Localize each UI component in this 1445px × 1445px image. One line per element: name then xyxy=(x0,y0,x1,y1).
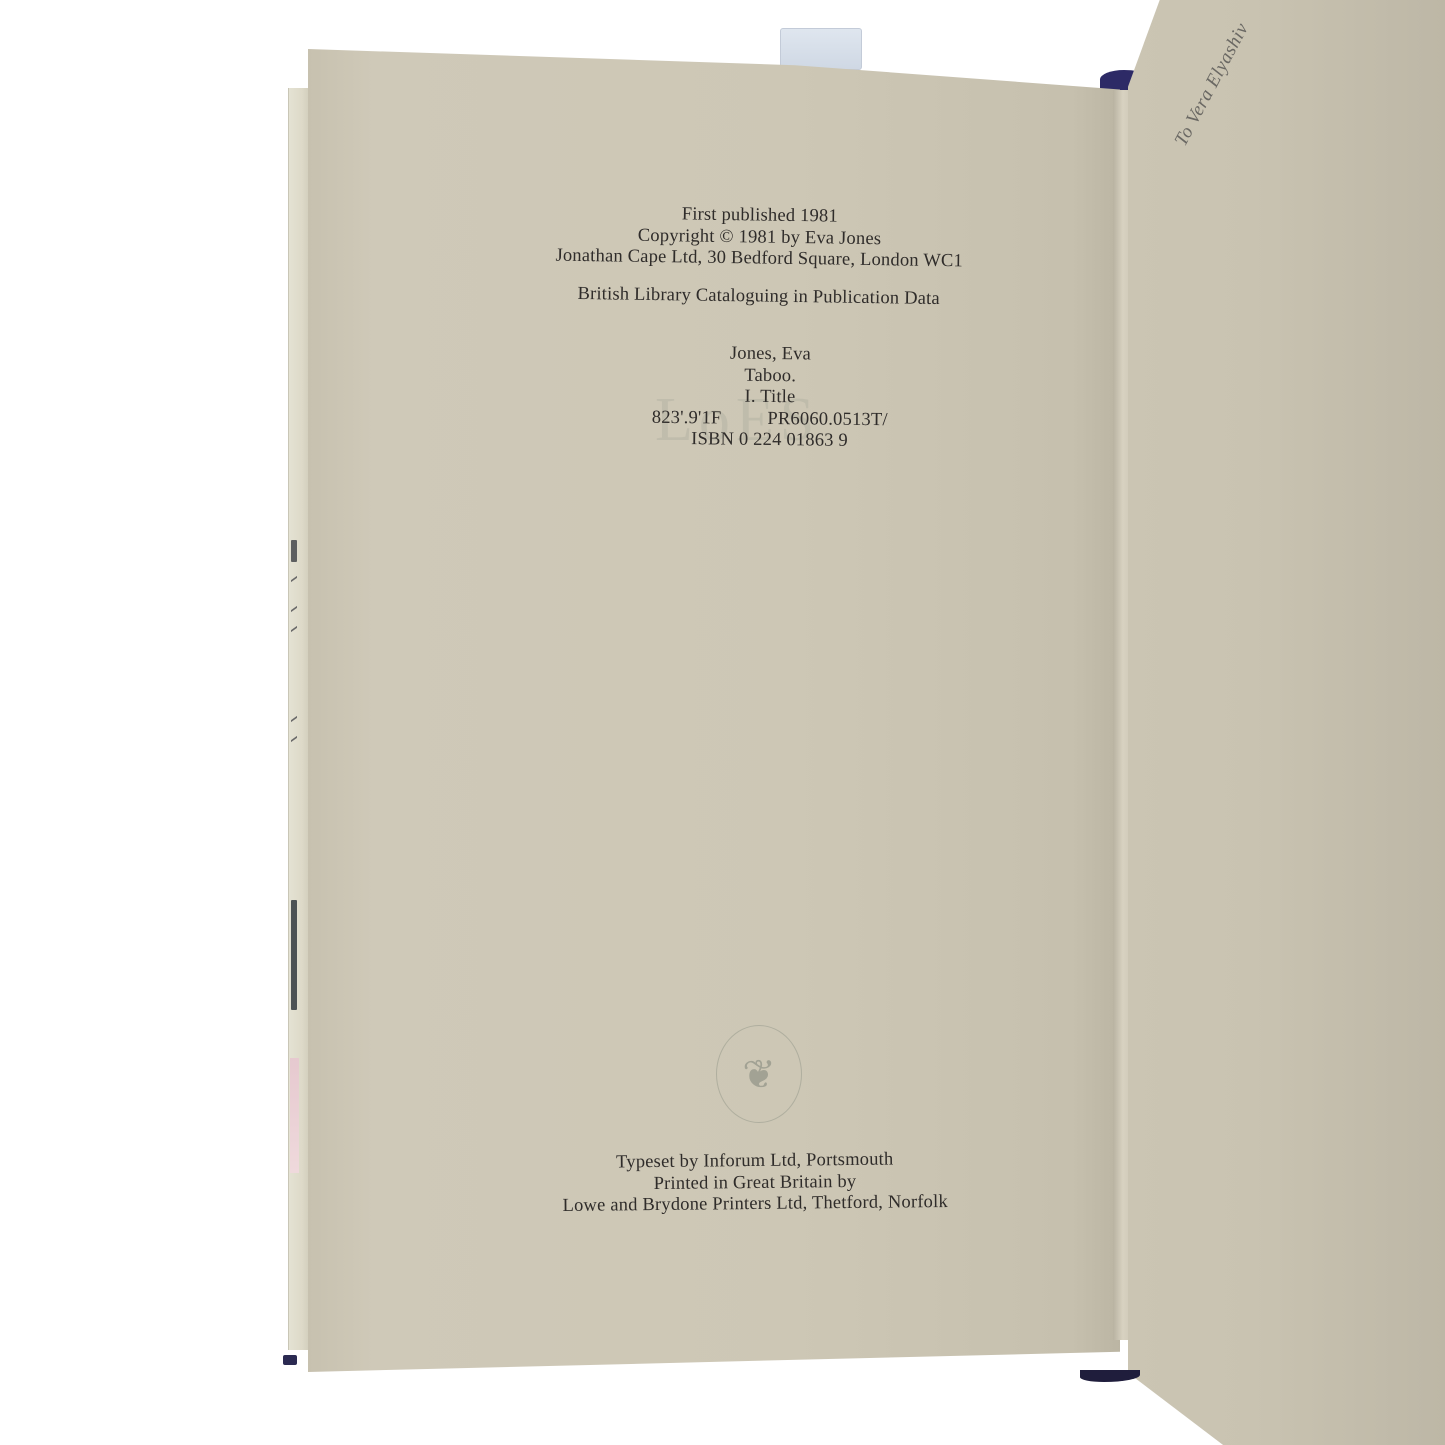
bookmark-slip xyxy=(780,28,862,70)
jacket-print-mark xyxy=(291,606,297,612)
jacket-pink-strip xyxy=(290,1058,299,1173)
jacket-print-mark xyxy=(291,626,297,632)
jacket-print-mark xyxy=(291,540,297,562)
jacket-print-mark xyxy=(291,716,297,722)
publication-info: First published 1981 Copyright © 1981 by… xyxy=(509,202,1010,311)
publisher-logo-icon: ❦ xyxy=(716,1025,802,1123)
printer-info: Typeset by Inforum Ltd, Portsmouth Print… xyxy=(520,1149,991,1218)
cip-isbn: ISBN 0 224 01863 9 xyxy=(559,428,979,454)
dedication-page xyxy=(1128,0,1445,1445)
jacket-print-mark xyxy=(291,736,297,742)
book-jacket-edge xyxy=(288,88,311,1350)
jacket-print-block xyxy=(291,900,297,1010)
cip-lc-class: PR6060.0513T/ xyxy=(767,408,888,431)
cip-data: Jones, Eva Taboo. I. Title 823'.9'1F PR6… xyxy=(559,342,980,454)
cover-spine-bottom xyxy=(1080,1370,1140,1382)
cip-dewey: 823'.9'1F xyxy=(652,407,722,429)
jacket-print-mark xyxy=(291,576,297,582)
cover-corner xyxy=(283,1355,297,1365)
